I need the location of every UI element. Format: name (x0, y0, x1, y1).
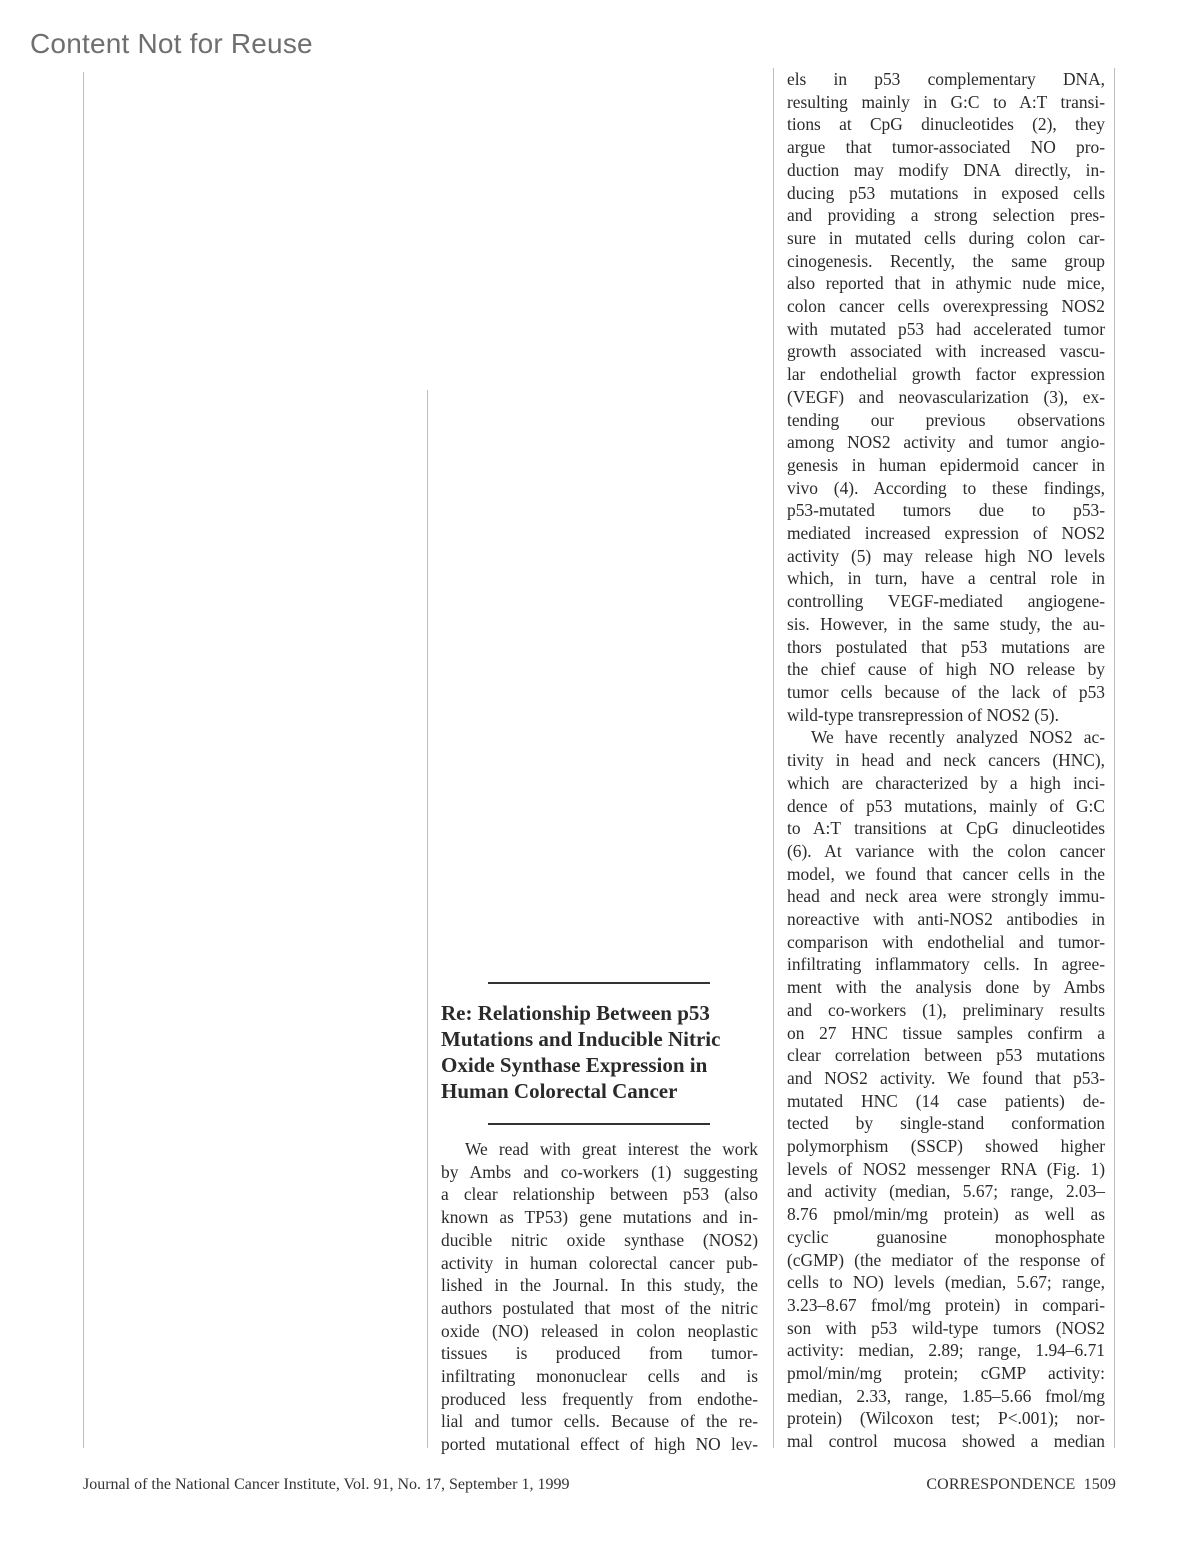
text-line: cells to NO) levels (median, 5.67; range… (787, 1271, 1105, 1294)
text-line: mediated increased expression of NOS2 (787, 522, 1105, 545)
text-line: vivo (4). According to these findings, (787, 477, 1105, 500)
text-line: dence of p53 mutations, mainly of G:C (787, 795, 1105, 818)
text-line: levels of NOS2 messenger RNA (Fig. 1) (787, 1158, 1105, 1181)
column-rule-right (1114, 68, 1115, 1448)
text-line: activity (5) may release high NO levels (787, 545, 1105, 568)
column-rule-center (773, 68, 774, 1448)
text-line: model, we found that cancer cells in the (787, 863, 1105, 886)
text-line: We read with great interest the work (441, 1138, 758, 1161)
text-line: polymorphism (SSCP) showed higher (787, 1135, 1105, 1158)
text-line: ducing p53 mutations in exposed cells (787, 182, 1105, 205)
text-line: thors postulated that p53 mutations are (787, 636, 1105, 659)
text-line: protein) (Wilcoxon test; P<.001); nor- (787, 1407, 1105, 1430)
text-line: (VEGF) and neovascularization (3), ex- (787, 386, 1105, 409)
text-line: sure in mutated cells during colon car- (787, 227, 1105, 250)
right-column-text: els in p53 complementary DNA,resulting m… (787, 68, 1105, 1453)
text-line: growth associated with increased vascu- (787, 340, 1105, 363)
text-line: 8.76 pmol/min/mg protein) as well as (787, 1203, 1105, 1226)
text-line: wild-type transrepression of NOS2 (5). (787, 704, 1105, 727)
text-line: tected by single-stand conformation (787, 1112, 1105, 1135)
text-line: 3.23–8.67 fmol/mg protein) in compari- (787, 1294, 1105, 1317)
text-line: authors postulated that most of the nitr… (441, 1297, 758, 1320)
text-line: tivity in head and neck cancers (HNC), (787, 749, 1105, 772)
footer-page-number: 1509 (1084, 1476, 1116, 1493)
text-line: ducible nitric oxide synthase (NOS2) (441, 1229, 758, 1252)
text-line: pmol/min/mg protein; cGMP activity: (787, 1362, 1105, 1385)
text-line: (cGMP) (the mediator of the response of (787, 1249, 1105, 1272)
text-line: son with p53 wild-type tumors (NOS2 (787, 1317, 1105, 1340)
text-line: ported mutational effect of high NO lev- (441, 1433, 758, 1456)
text-line: tions at CpG dinucleotides (2), they (787, 113, 1105, 136)
text-line: We have recently analyzed NOS2 ac- (787, 726, 1105, 749)
text-line: mutated HNC (14 case patients) de- (787, 1090, 1105, 1113)
text-line: cinogenesis. Recently, the same group (787, 250, 1105, 273)
title-rule-bottom (488, 1123, 710, 1125)
text-line: and activity (median, 5.67; range, 2.03– (787, 1180, 1105, 1203)
text-line: ment with the analysis done by Ambs (787, 976, 1105, 999)
column-rule-left (83, 72, 84, 1448)
text-line: genesis in human epidermoid cancer in (787, 454, 1105, 477)
text-line: cyclic guanosine monophosphate (787, 1226, 1105, 1249)
footer-section-page: CORRESPONDENCE 1509 (926, 1476, 1116, 1494)
text-line: by Ambs and co-workers (1) suggesting (441, 1161, 758, 1184)
text-line: activity in human colorectal cancer pub- (441, 1252, 758, 1275)
text-line: to A:T transitions at CpG dinucleotides (787, 817, 1105, 840)
text-line: and providing a strong selection pres- (787, 204, 1105, 227)
text-line: infiltrating inflammatory cells. In agre… (787, 953, 1105, 976)
text-line: a clear relationship between p53 (also (441, 1183, 758, 1206)
text-line: lished in the Journal. In this study, th… (441, 1274, 758, 1297)
footer-section: CORRESPONDENCE (926, 1476, 1075, 1493)
text-line: duction may modify DNA directly, in- (787, 159, 1105, 182)
text-line: tissues is produced from tumor- (441, 1342, 758, 1365)
text-line: and NOS2 activity. We found that p53- (787, 1067, 1105, 1090)
title-line: Re: Relationship Between p53 (441, 1000, 771, 1026)
text-line: tumor cells because of the lack of p53 (787, 681, 1105, 704)
text-line: activity: median, 2.89; range, 1.94–6.71 (787, 1339, 1105, 1362)
text-line: median, 2.33, range, 1.85–5.66 fmol/mg (787, 1385, 1105, 1408)
text-line: also reported that in athymic nude mice, (787, 272, 1105, 295)
text-line: infiltrating mononuclear cells and is (441, 1365, 758, 1388)
text-line: clear correlation between p53 mutations (787, 1044, 1105, 1067)
title-line: Oxide Synthase Expression in (441, 1052, 771, 1078)
text-line: comparison with endothelial and tumor- (787, 931, 1105, 954)
text-line: and co-workers (1), preliminary results (787, 999, 1105, 1022)
title-line: Human Colorectal Cancer (441, 1078, 771, 1104)
text-line: controlling VEGF-mediated angiogene- (787, 590, 1105, 613)
middle-column-text: We read with great interest the workby A… (441, 1138, 758, 1456)
text-line: (6). At variance with the colon cancer (787, 840, 1105, 863)
text-line: oxide (NO) released in colon neoplastic (441, 1320, 758, 1343)
text-line: lar endothelial growth factor expression (787, 363, 1105, 386)
watermark: Content Not for Reuse (30, 28, 313, 60)
text-line: sis. However, in the same study, the au- (787, 613, 1105, 636)
footer-journal-citation: Journal of the National Cancer Institute… (83, 1476, 569, 1494)
text-line: with mutated p53 had accelerated tumor (787, 318, 1105, 341)
article-title: Re: Relationship Between p53 Mutations a… (441, 1000, 771, 1104)
text-line: which are characterized by a high inci- (787, 772, 1105, 795)
text-line: produced less frequently from endothe- (441, 1388, 758, 1411)
text-line: argue that tumor-associated NO pro- (787, 136, 1105, 159)
title-line: Mutations and Inducible Nitric (441, 1026, 771, 1052)
text-line: known as TP53) gene mutations and in- (441, 1206, 758, 1229)
text-line: which, in turn, have a central role in (787, 567, 1105, 590)
text-line: among NOS2 activity and tumor angio- (787, 431, 1105, 454)
text-line: on 27 HNC tissue samples confirm a (787, 1022, 1105, 1045)
text-line: the chief cause of high NO release by (787, 658, 1105, 681)
title-rule-top (488, 982, 710, 984)
text-line: noreactive with anti-NOS2 antibodies in (787, 908, 1105, 931)
text-line: lial and tumor cells. Because of the re- (441, 1410, 758, 1433)
text-line: p53-mutated tumors due to p53- (787, 499, 1105, 522)
text-line: head and neck area were strongly immu- (787, 885, 1105, 908)
text-line: colon cancer cells overexpressing NOS2 (787, 295, 1105, 318)
text-line: mal control mucosa showed a median (787, 1430, 1105, 1453)
text-line: resulting mainly in G:C to A:T transi- (787, 91, 1105, 114)
column-rule-middle (427, 390, 428, 1448)
text-line: tending our previous observations (787, 409, 1105, 432)
text-line: els in p53 complementary DNA, (787, 68, 1105, 91)
